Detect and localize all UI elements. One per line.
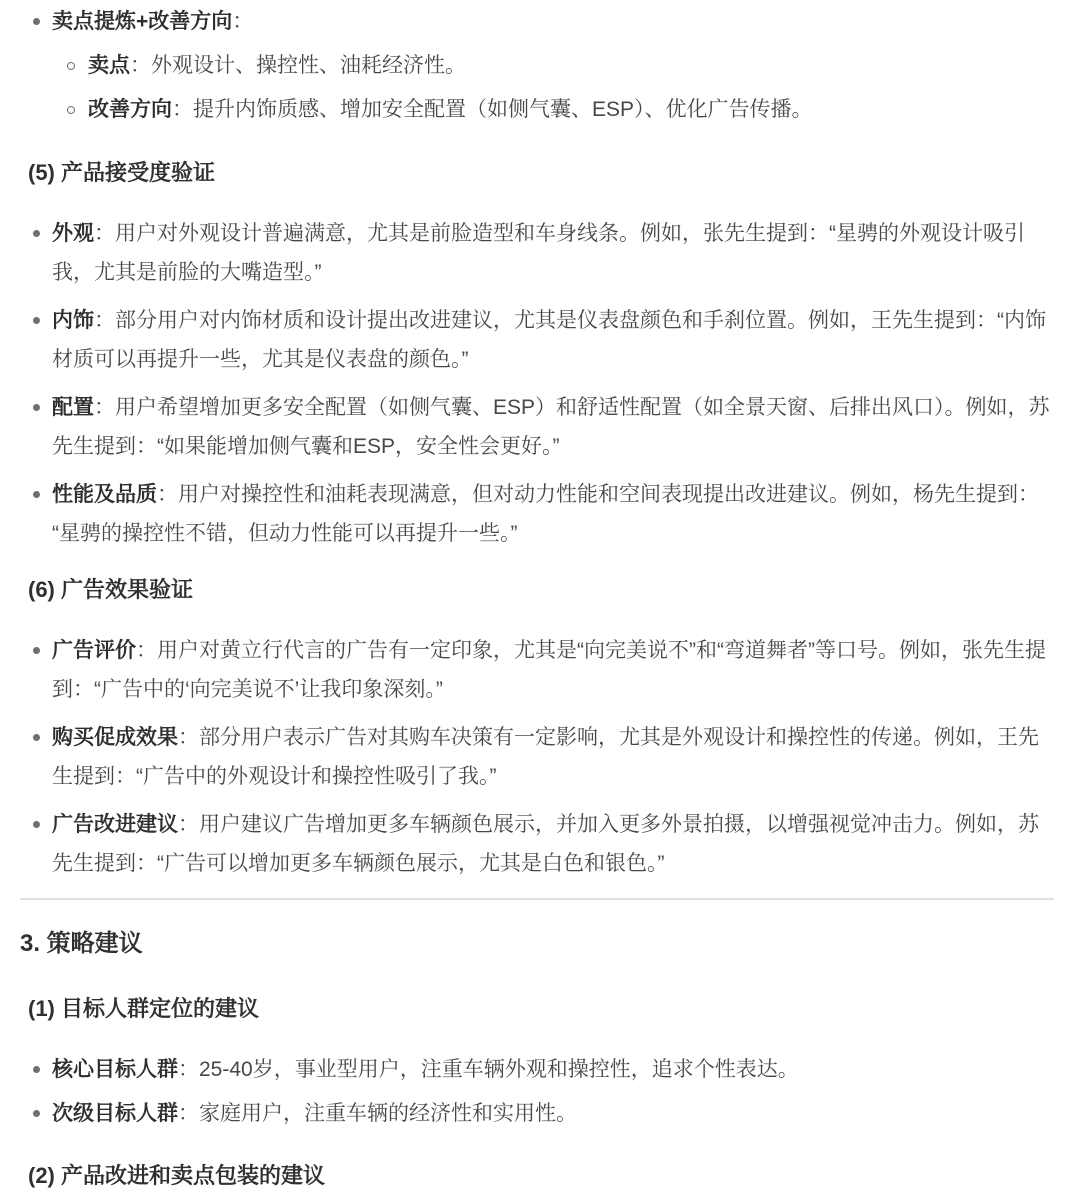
- item-ad-improvement: 广告改进建议：用户建议广告增加更多车辆颜色展示，并加入更多外景拍摄，以增强视觉冲…: [20, 805, 1054, 883]
- item-purchase-promotion: 购买促成效果：部分用户表示广告对其购车决策有一定影响，尤其是外观设计和操控性的传…: [20, 718, 1054, 796]
- item-exterior: 外观：用户对外观设计普遍满意，尤其是前脸造型和车身线条。例如，张先生提到：“星骋…: [20, 214, 1054, 292]
- item-term: 卖点: [88, 54, 130, 77]
- item-term: 内饰: [52, 309, 94, 332]
- product-acceptance-list: 外观：用户对外观设计普遍满意，尤其是前脸造型和车身线条。例如，张先生提到：“星骋…: [20, 214, 1054, 553]
- item-text: ：用户对操控性和油耗表现满意，但对动力性能和空间表现提出改进建议。例如，杨先生提…: [52, 483, 1039, 545]
- item-text: ：提升内饰质感、增加安全配置（如侧气囊、ESP）、优化广告传播。: [172, 98, 813, 121]
- item-term: 广告评价: [52, 639, 136, 662]
- item-text: ：用户建议广告增加更多车辆颜色展示，并加入更多外景拍摄，以增强视觉冲击力。例如，…: [52, 813, 1039, 875]
- report-document: 卖点提炼+改善方向： 卖点：外观设计、操控性、油耗经济性。 改善方向：提升内饰质…: [0, 0, 1080, 1204]
- bullet-icon: [33, 491, 40, 498]
- bullet-icon: [33, 734, 40, 741]
- section-divider: [20, 898, 1054, 900]
- item-term: 外观: [52, 222, 94, 245]
- item-text: ：25-40岁，事业型用户，注重车辆外观和操控性，追求个性表达。: [178, 1058, 799, 1081]
- item-term: 核心目标人群: [52, 1058, 178, 1081]
- item-text: ：: [232, 10, 253, 33]
- item-text: ：用户对外观设计普遍满意，尤其是前脸造型和车身线条。例如，张先生提到：“星骋的外…: [52, 222, 1025, 284]
- item-text: ：家庭用户，注重车辆的经济性和实用性。: [178, 1102, 577, 1125]
- bullet-icon: [33, 230, 40, 237]
- item-text: ：外观设计、操控性、油耗经济性。: [130, 54, 466, 77]
- item-term: 广告改进建议: [52, 813, 178, 836]
- item-ad-evaluation: 广告评价：用户对黄立行代言的广告有一定印象，尤其是“向完美说不”和“弯道舞者”等…: [20, 631, 1054, 709]
- bullet-icon: [33, 18, 40, 25]
- item-secondary-target-audience: 次级目标人群：家庭用户，注重车辆的经济性和实用性。: [20, 1094, 1054, 1133]
- item-term: 次级目标人群: [52, 1102, 178, 1125]
- strategy-sub1-heading: (1) 目标人群定位的建议: [28, 994, 1054, 1024]
- item-text: ：用户对黄立行代言的广告有一定印象，尤其是“向完美说不”和“弯道舞者”等口号。例…: [52, 639, 1046, 701]
- item-interior: 内饰：部分用户对内饰材质和设计提出改进建议，尤其是仪表盘颜色和手刹位置。例如，王…: [20, 301, 1054, 379]
- item-term: 购买促成效果: [52, 726, 178, 749]
- item-text: ：部分用户对内饰材质和设计提出改进建议，尤其是仪表盘颜色和手刹位置。例如，王先生…: [52, 309, 1046, 371]
- bullet-icon: [33, 1066, 40, 1073]
- target-audience-list: 核心目标人群：25-40岁，事业型用户，注重车辆外观和操控性，追求个性表达。 次…: [20, 1050, 1054, 1133]
- item-improvement-direction: 改善方向：提升内饰质感、增加安全配置（如侧气囊、ESP）、优化广告传播。: [52, 90, 1054, 129]
- item-term: 性能及品质: [52, 483, 157, 506]
- section-5-heading: (5) 产品接受度验证: [28, 158, 1054, 188]
- item-core-target-audience: 核心目标人群：25-40岁，事业型用户，注重车辆外观和操控性，追求个性表达。: [20, 1050, 1054, 1089]
- bullet-icon: [33, 647, 40, 654]
- item-term: 配置: [52, 396, 94, 419]
- item-term: 改善方向: [88, 98, 172, 121]
- item-performance-quality: 性能及品质：用户对操控性和油耗表现满意，但对动力性能和空间表现提出改进建议。例如…: [20, 475, 1054, 553]
- bullet-icon: [33, 404, 40, 411]
- item-selling-points: 卖点：外观设计、操控性、油耗经济性。: [52, 46, 1054, 85]
- item-term: 卖点提炼+改善方向: [52, 10, 232, 33]
- bullet-icon: [33, 821, 40, 828]
- item-configuration: 配置：用户希望增加更多安全配置（如侧气囊、ESP）和舒适性配置（如全景天窗、后排…: [20, 388, 1054, 466]
- item-text: ：部分用户表示广告对其购车决策有一定影响，尤其是外观设计和操控性的传递。例如，王…: [52, 726, 1039, 788]
- ad-effect-list: 广告评价：用户对黄立行代言的广告有一定印象，尤其是“向完美说不”和“弯道舞者”等…: [20, 631, 1054, 883]
- section-6-heading: (6) 广告效果验证: [28, 575, 1054, 605]
- circle-bullet-icon: [67, 106, 75, 114]
- strategy-sub2-heading: (2) 产品改进和卖点包装的建议: [28, 1161, 1054, 1191]
- item-selling-points-direction: 卖点提炼+改善方向： 卖点：外观设计、操控性、油耗经济性。 改善方向：提升内饰质…: [20, 2, 1054, 129]
- selling-points-sublist: 卖点：外观设计、操控性、油耗经济性。 改善方向：提升内饰质感、增加安全配置（如侧…: [52, 46, 1054, 129]
- strategy-heading: 3. 策略建议: [20, 927, 1054, 961]
- bullet-icon: [33, 317, 40, 324]
- circle-bullet-icon: [67, 62, 75, 70]
- item-text: ：用户希望增加更多安全配置（如侧气囊、ESP）和舒适性配置（如全景天窗、后排出风…: [52, 396, 1050, 458]
- selling-points-list: 卖点提炼+改善方向： 卖点：外观设计、操控性、油耗经济性。 改善方向：提升内饰质…: [20, 2, 1054, 129]
- bullet-icon: [33, 1110, 40, 1117]
